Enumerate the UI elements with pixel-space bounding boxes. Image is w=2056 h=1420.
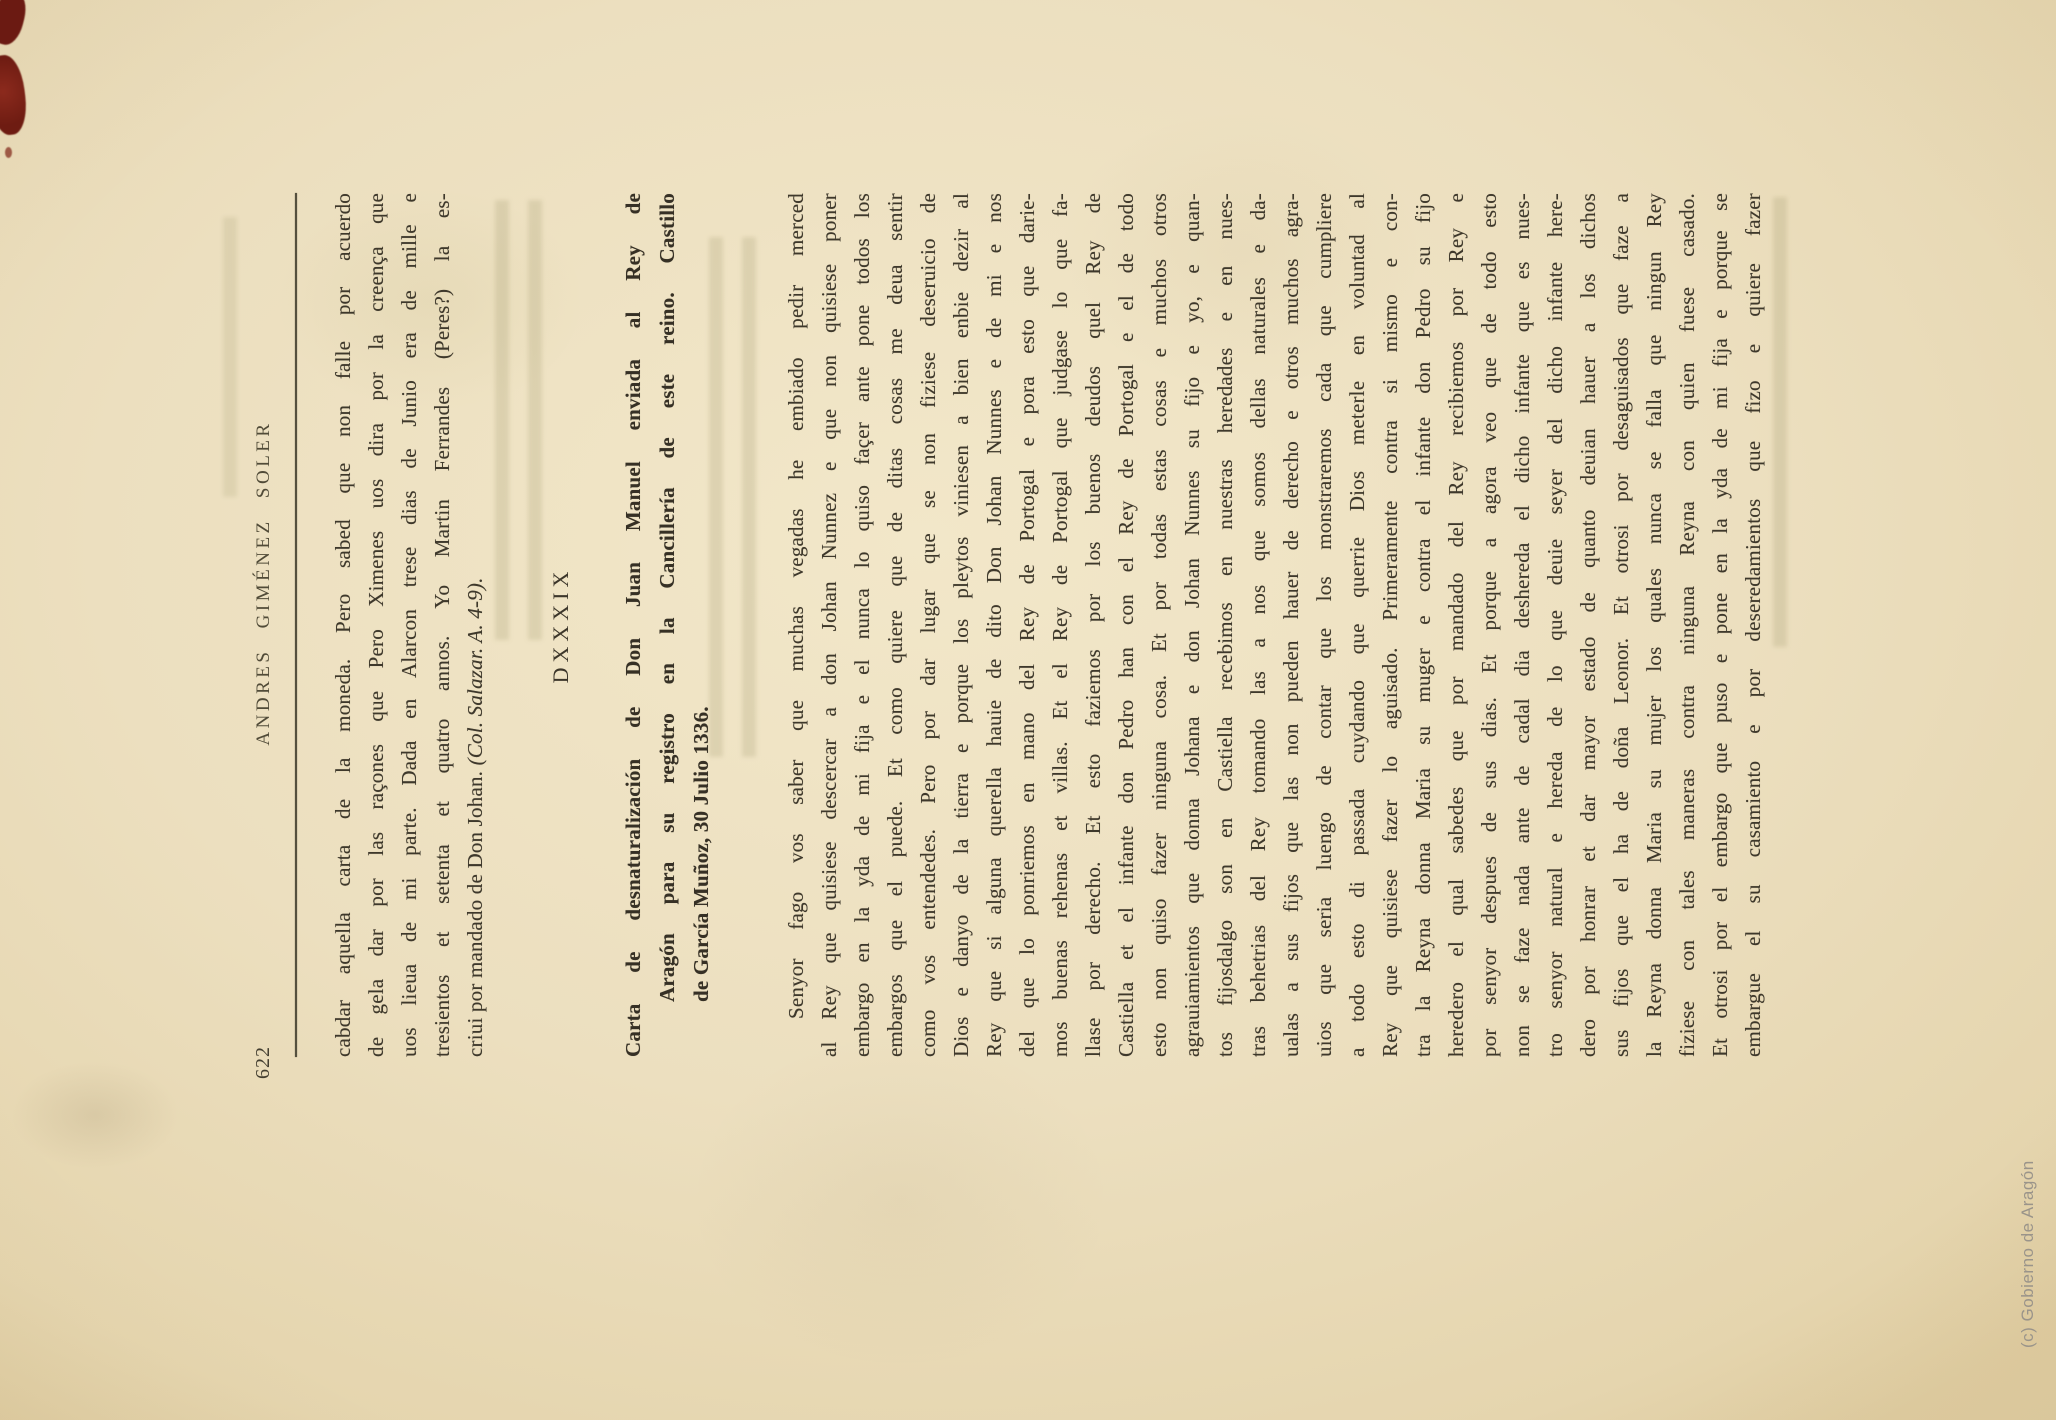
header-rule — [295, 193, 297, 1057]
page-header: 622 ANDRES GIMÉNEZ SOLER — [250, 193, 280, 1057]
title-line: de García Muñoz, 30 Julio 1336. — [684, 193, 718, 1057]
text-line: la Reyna donna Maria su mujer los quales… — [1638, 193, 1671, 1057]
intro-paragraph-continuation: cabdar aquella carta de la moneda. Pero … — [327, 193, 459, 1057]
text-line: Rey que quisiese fazer lo aguisado. Prim… — [1374, 193, 1407, 1057]
scan-watermark: (c) Gobierno de Aragón — [2018, 1160, 2038, 1348]
text-line: sus fijos que el ha de doña Leonor. Et o… — [1605, 193, 1638, 1057]
text-line: non se faze nada ante de cadal dia deshe… — [1506, 193, 1539, 1057]
text-line: agrauiamientos que donna Johana e don Jo… — [1176, 193, 1209, 1057]
show-through-text — [1766, 197, 1802, 647]
text-line: Rey que si alguna querella hauie de dito… — [978, 193, 1011, 1057]
text-line: tra la Reyna donna Maria su muger e cont… — [1407, 193, 1440, 1057]
section-number: DXXXIX — [548, 193, 574, 1057]
show-through-text — [216, 217, 242, 497]
title-line: Aragón para su registro en la Cancillerí… — [650, 193, 684, 1057]
red-ink-speck — [5, 147, 12, 158]
text-line: al Rey que quisiese descercar a don Joha… — [813, 193, 846, 1057]
text-line: como vos entendedes. Pero por dar lugar … — [912, 193, 945, 1057]
text-line: del que lo ponriemos en mano del Rey de … — [1011, 193, 1044, 1057]
text-line: embargo en la yda de mi fija e el nunca … — [846, 193, 879, 1057]
text-line: uos lieua de mi parte. Dada en Alarcon t… — [393, 193, 426, 1057]
text-line: tro senyor natural e hereda de lo que de… — [1539, 193, 1572, 1057]
text-line: tos fijosdalgo son en Castiella recebimo… — [1209, 193, 1242, 1057]
title-line: Carta de desnaturalización de Don Juan M… — [616, 193, 650, 1057]
text-line: embargue el su casamiento e por desereda… — [1737, 193, 1770, 1057]
text-line: uios que seria luengo de contar que los … — [1308, 193, 1341, 1057]
page-number: 622 — [252, 1046, 275, 1079]
text-line: Et otrosi por el embargo que puso e pone… — [1704, 193, 1737, 1057]
text-line: por senyor despues de sus dias. Et porqu… — [1473, 193, 1506, 1057]
intro-last-line-text: criui por mandado de Don Johan. — [463, 765, 487, 1057]
red-ink-stain — [0, 53, 30, 137]
text-line: heredero el qual sabedes que por mandado… — [1440, 193, 1473, 1057]
document-title: Carta de desnaturalización de Don Juan M… — [616, 193, 718, 1057]
text-line: llase por derecho. Et esto faziemos por … — [1077, 193, 1110, 1057]
text-line: dero por honrar et dar mayor estado de q… — [1572, 193, 1605, 1057]
text-line: mos buenas rehenas et villas. Et el Rey … — [1044, 193, 1077, 1057]
running-title: ANDRES GIMÉNEZ SOLER — [253, 420, 275, 745]
scanned-book-page: 622 ANDRES GIMÉNEZ SOLER cabdar aquella … — [0, 0, 2056, 1420]
text-line: a todo esto di passada cuydando que quer… — [1341, 193, 1374, 1057]
text-line: ualas a sus fijos que las non pueden hau… — [1275, 193, 1308, 1057]
text-line: esto non quiso fazer ninguna cosa. Et po… — [1143, 193, 1176, 1057]
letter-body: Senyor fago vos saber que muchas vegadas… — [780, 193, 1770, 1057]
text-line: Castiella et el infante don Pedro han co… — [1110, 193, 1143, 1057]
red-ink-stain — [0, 0, 30, 48]
text-line: tresientos et setenta et quatro annos. Y… — [426, 193, 459, 1057]
archive-citation: (Col. Salazar. A. 4-9). — [463, 577, 487, 765]
text-line: de gela dar por las raçones que Pero Xim… — [360, 193, 393, 1057]
text-line: cabdar aquella carta de la moneda. Pero … — [327, 193, 360, 1057]
text-line: Senyor fago vos saber que muchas vegadas… — [780, 193, 813, 1057]
text-line: fiziese con tales maneras contra ninguna… — [1671, 193, 1704, 1057]
intro-last-line: criui por mandado de Don Johan. (Col. Sa… — [459, 193, 492, 1057]
text-line: tras behetrias del Rey tomando las a nos… — [1242, 193, 1275, 1057]
text-line: Dios e danyo de la tierra e porque los p… — [945, 193, 978, 1057]
rotated-page-content: 622 ANDRES GIMÉNEZ SOLER cabdar aquella … — [250, 193, 1830, 1057]
text-line: embargos que el puede. Et como quiere qu… — [879, 193, 912, 1057]
